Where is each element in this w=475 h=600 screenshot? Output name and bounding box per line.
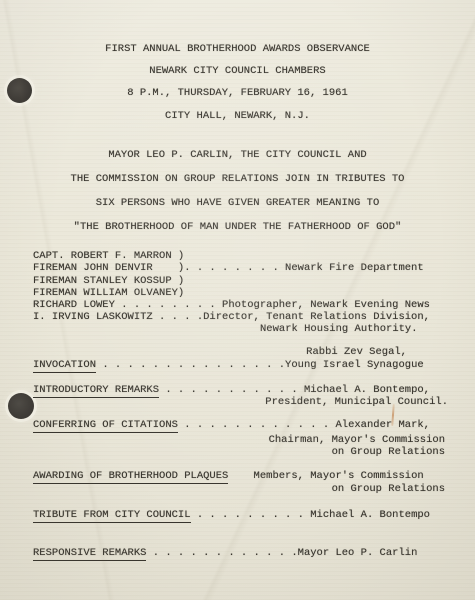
event-location: CITY HALL, NEWARK, N.J. <box>0 110 475 122</box>
introductory-leader: . . . . . . . . . . . Michael A. Bontemp… <box>159 384 430 396</box>
awarding-presenters: Members, Mayor's Commission <box>228 470 423 482</box>
responsive-leader: . . . . . . . . . . . .Mayor Leo P. Carl… <box>146 547 417 559</box>
honoree-lowey: RICHARD LOWEY . . . . . . . . Photograph… <box>33 299 430 311</box>
event-title: FIRST ANNUAL BROTHERHOOD AWARDS OBSERVAN… <box>0 43 475 55</box>
invocation-speaker-name: Rabbi Zev Segal, <box>306 346 407 358</box>
conferring-leader: . . . . . . . . . . . . Alexander Mark, <box>178 419 430 431</box>
honoree-denvir: FIREMAN JOHN DENVIR ). . . . . . . . New… <box>33 262 424 274</box>
program-entry-introductory-remarks: INTRODUCTORY REMARKS . . . . . . . . . .… <box>33 384 430 396</box>
program-entry-tribute: TRIBUTE FROM CITY COUNCIL . . . . . . . … <box>33 509 430 521</box>
program-entry-awarding-plaques: AWARDING OF BROTHERHOOD PLAQUES Members,… <box>33 470 424 482</box>
hole-punch-middle <box>8 393 34 419</box>
conferring-speaker-title-1: Chairman, Mayor's Commission <box>269 434 445 446</box>
honoree-kossup: FIREMAN STANLEY KOSSUP ) <box>33 275 184 287</box>
responsive-heading: RESPONSIVE REMARKS <box>33 547 146 561</box>
introductory-speaker-title: President, Municipal Council. <box>265 396 448 408</box>
tribute-heading: TRIBUTE FROM CITY COUNCIL <box>33 509 191 523</box>
event-venue: NEWARK CITY COUNCIL CHAMBERS <box>0 65 475 77</box>
invocation-heading: INVOCATION <box>33 359 96 373</box>
program-entry-conferring-citations: CONFERRING OF CITATIONS . . . . . . . . … <box>33 419 430 431</box>
event-datetime: 8 P.M., THURSDAY, FEBRUARY 16, 1961 <box>0 87 475 99</box>
conferring-speaker-title-2: on Group Relations <box>332 446 445 458</box>
honoree-olvaney: FIREMAN WILLIAM OLVANEY) <box>33 287 184 299</box>
intro-theme-quote: "THE BROTHERHOOD OF MAN UNDER THE FATHER… <box>0 221 475 233</box>
awarding-presenters-2: on Group Relations <box>332 483 445 495</box>
honoree-laskowitz: I. IRVING LASKOWITZ . . . .Director, Ten… <box>33 311 430 323</box>
program-entry-invocation: INVOCATION . . . . . . . . . . . . . . .… <box>33 359 424 371</box>
tribute-leader: . . . . . . . . . Michael A. Bontempo <box>191 509 430 521</box>
intro-line-2: THE COMMISSION ON GROUP RELATIONS JOIN I… <box>0 173 475 185</box>
intro-line-3: SIX PERSONS WHO HAVE GIVEN GREATER MEANI… <box>0 197 475 209</box>
awarding-heading: AWARDING OF BROTHERHOOD PLAQUES <box>33 470 228 484</box>
intro-line-1: MAYOR LEO P. CARLIN, THE CITY COUNCIL AN… <box>0 149 475 161</box>
scanned-program-page: FIRST ANNUAL BROTHERHOOD AWARDS OBSERVAN… <box>0 0 475 600</box>
conferring-heading: CONFERRING OF CITATIONS <box>33 419 178 433</box>
invocation-leader: . . . . . . . . . . . . . . .Young Israe… <box>96 359 424 371</box>
honoree-marron: CAPT. ROBERT F. MARRON ) <box>33 250 184 262</box>
honoree-laskowitz-org: Newark Housing Authority. <box>260 323 418 335</box>
program-entry-responsive-remarks: RESPONSIVE REMARKS . . . . . . . . . . .… <box>33 547 417 559</box>
introductory-heading: INTRODUCTORY REMARKS <box>33 384 159 398</box>
